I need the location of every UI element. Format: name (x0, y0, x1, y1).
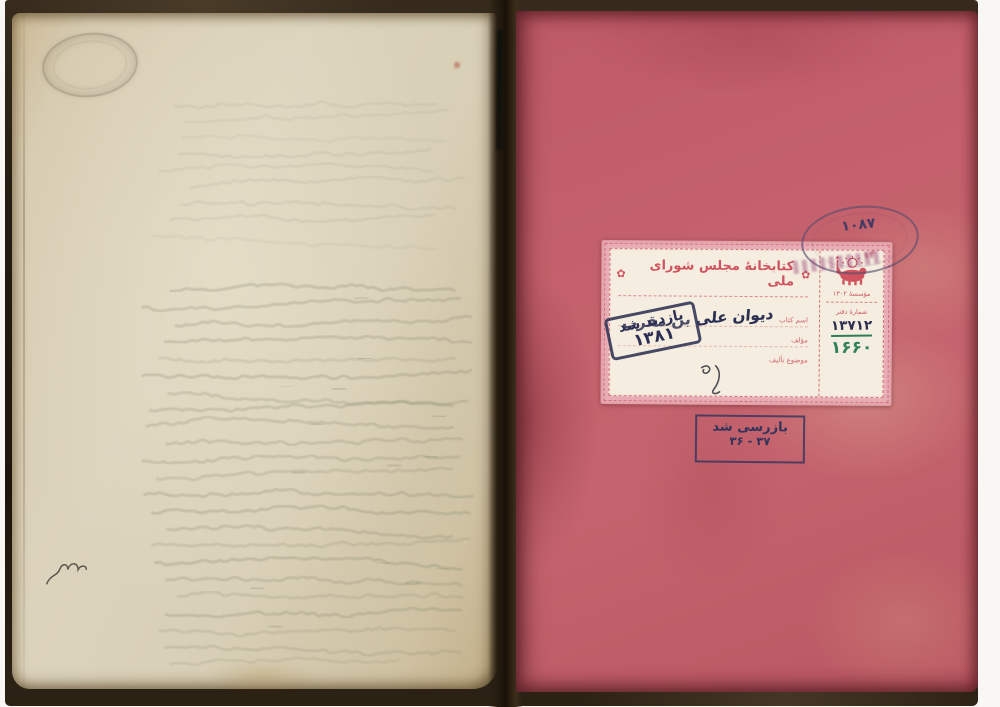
bleedthrough-text-texture (12, 13, 497, 689)
inspection-stamp: بازرسی شد ۳۷ - ۳۶ (695, 414, 805, 463)
field-label-subject: موضوع تألیف (769, 356, 808, 366)
left-page (12, 13, 497, 689)
handwritten-mark (695, 362, 735, 396)
header-divider (618, 295, 808, 297)
field-label-book-name: اسم کتاب (779, 316, 808, 326)
library-name: کتابخانهٔ مجلس شورای ملی (632, 258, 794, 289)
register-number-label: شمارهٔ دفتر (836, 308, 867, 316)
library-name-header: ✿ کتابخانهٔ مجلس شورای ملی ✿ (616, 258, 810, 289)
inspection-stamp-numbers: ۳۷ - ۳۶ (697, 433, 803, 448)
faded-stamp-digits: ۱۳ (863, 249, 876, 261)
field-label-author: مؤلف (791, 336, 808, 346)
founded-year: مؤسسهٔ ۱۳۰۲ (833, 290, 871, 298)
ink-spot (453, 60, 461, 70)
paper-stain (207, 661, 317, 693)
bookplate-main-panel: ✿ کتابخانهٔ مجلس شورای ملی ✿ اسم کتاب دی… (609, 249, 819, 396)
manuscript-scan: مؤسسهٔ ۱۳۰۲ شمارهٔ دفتر ۱۳۷۱۲ ۱۶۶۰ ✿ کتا… (0, 0, 1000, 707)
rosette-icon: ✿ (616, 267, 625, 280)
register-number: ۱۳۷۱۲ (831, 318, 872, 337)
shelf-number: ۱۶۶۰ (830, 338, 872, 358)
divider (827, 302, 877, 303)
